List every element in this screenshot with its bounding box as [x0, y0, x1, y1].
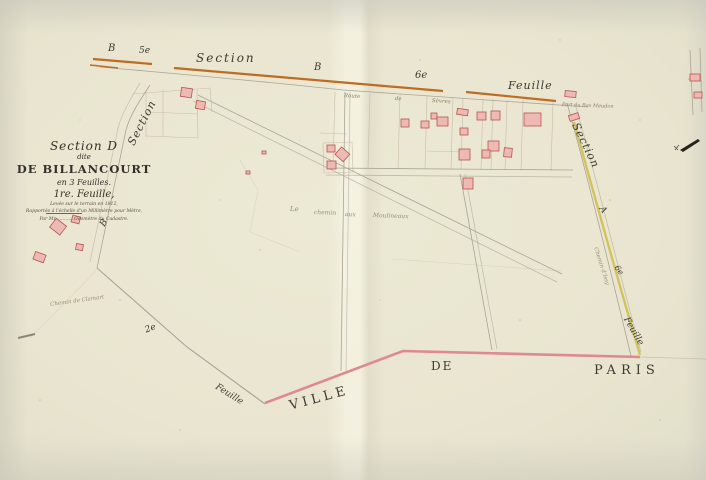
building — [482, 150, 490, 158]
building — [33, 252, 46, 263]
survey-note-2: Rapportée à l'échelle d'un Millimètre po… — [14, 210, 154, 215]
building — [459, 149, 470, 160]
building — [180, 87, 192, 97]
building — [401, 119, 409, 127]
building — [504, 148, 513, 158]
street-aux: aux — [345, 212, 356, 218]
label-de: DE — [431, 360, 453, 372]
cadastral-map-sheet: Section D dite DE BILLANCOURT en 3 Feuil… — [0, 0, 706, 480]
building — [565, 91, 576, 98]
commune-name: DE BILLANCOURT — [14, 164, 154, 176]
street-moulineaux: Moulineaux — [373, 213, 409, 220]
building — [463, 178, 473, 189]
street-de: de — [395, 97, 402, 103]
southwest-boundary — [97, 268, 265, 404]
building — [76, 244, 84, 251]
building — [694, 92, 702, 98]
street-chemin: chemin — [314, 210, 336, 217]
building — [327, 161, 336, 169]
building — [690, 74, 700, 81]
building — [457, 108, 469, 115]
label-section-top: Section — [196, 52, 256, 64]
diagonal-road-south-edge — [193, 101, 557, 282]
building — [488, 141, 499, 151]
north-needle-icon — [674, 139, 700, 152]
label-paris: PARIS — [594, 364, 660, 377]
label-b-top-right: B — [314, 63, 321, 73]
building — [431, 113, 437, 119]
building — [262, 151, 266, 154]
diagonal-road-north-edge — [198, 95, 562, 274]
sheet-number: 1re. Feuille, — [14, 190, 154, 200]
building — [335, 147, 350, 162]
label-feuille-top: Feuille — [508, 80, 553, 91]
survey-note-3: Par Mr. ........., Géomètre du Cadastre. — [14, 218, 154, 223]
section-b-boundary-line — [90, 59, 556, 101]
label-b-top-left: B — [108, 44, 115, 54]
title-divider — [46, 213, 82, 214]
building — [327, 145, 335, 152]
building — [195, 100, 205, 109]
building — [421, 121, 429, 128]
street-le: Le — [290, 206, 299, 213]
title-dite: dite — [14, 154, 154, 161]
street-route: Route — [344, 94, 361, 101]
title-block: Section D dite DE BILLANCOURT en 3 Feuil… — [14, 140, 154, 222]
label-sheet-top-left: 5e — [139, 47, 150, 56]
building — [437, 117, 448, 126]
sheet-count: en 3 Feuilles. — [14, 179, 154, 187]
label-sheet-top-right: 6e — [415, 71, 427, 81]
building — [460, 128, 468, 135]
building — [246, 171, 250, 174]
building — [524, 113, 541, 126]
map-drawing — [0, 0, 706, 480]
building — [491, 111, 500, 120]
survey-note-1: Levée sur le terrain en 1812, — [14, 203, 154, 208]
building — [477, 112, 486, 120]
